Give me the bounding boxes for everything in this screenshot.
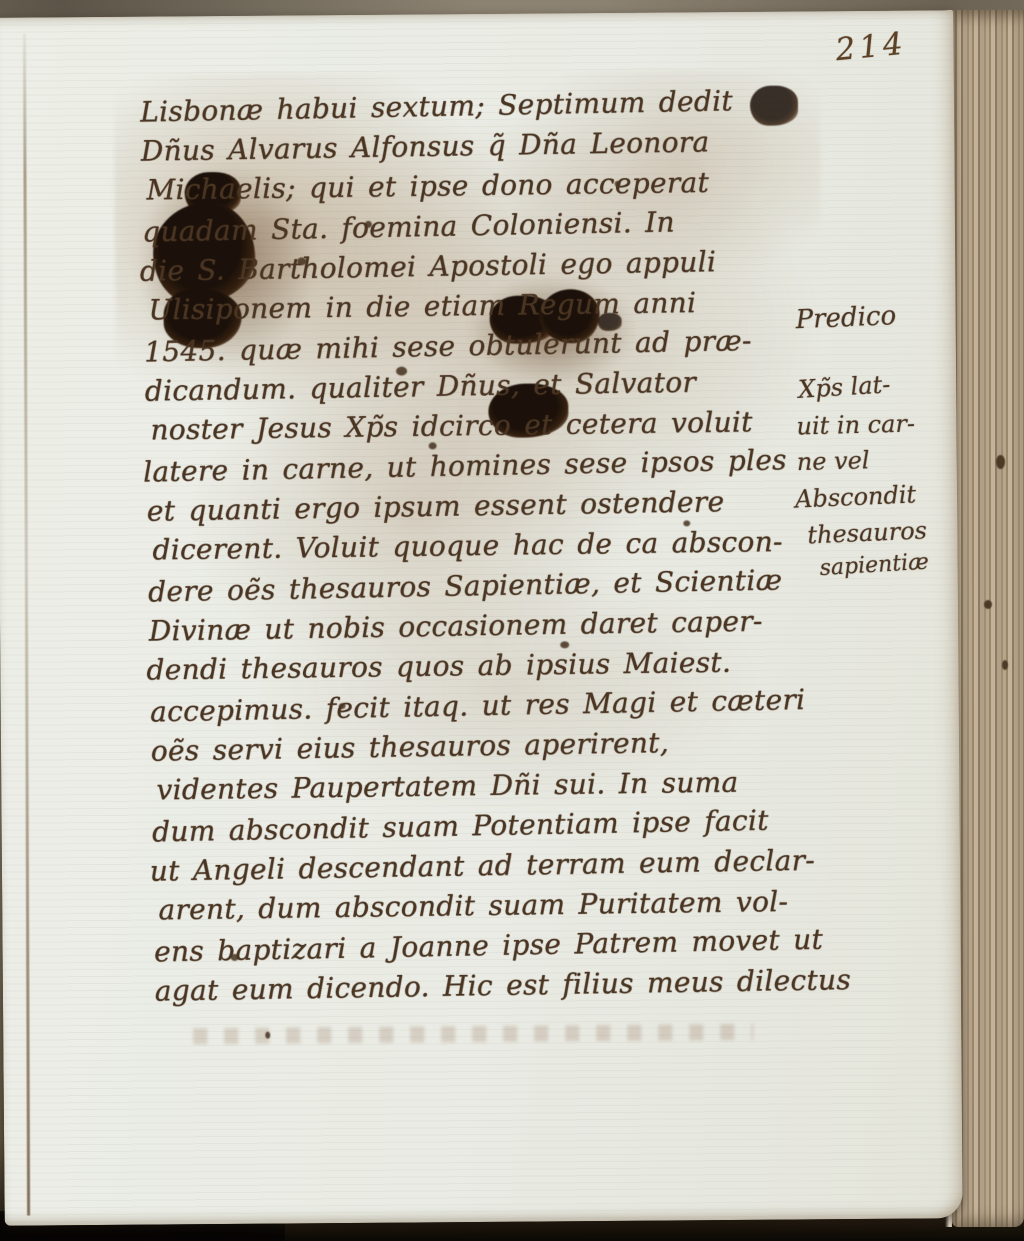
margin-note-abscondit-line2: thesauros: [807, 516, 928, 549]
fore-edge-knot: [996, 455, 1005, 469]
margin-note-xps-line1: Xp̃s lat-: [797, 370, 891, 403]
manuscript-body-text: Lisbonæ habui sextum; Septimum dedit Dñu…: [140, 80, 845, 1011]
page-gutter-crease: [23, 34, 30, 1216]
manuscript-page: 214 Lisbonæ habui sextum; Septimum dedit…: [0, 10, 963, 1225]
fore-edge-knot: [1002, 660, 1008, 670]
margin-note-abscondit-line3: sapientiæ: [819, 550, 930, 582]
margin-note-xps-line2: uit in car-: [796, 410, 915, 441]
margin-note-xps-line3: ne vel: [796, 446, 869, 476]
fore-edge-knot: [984, 600, 992, 609]
ink-show-through: [193, 1024, 753, 1044]
book-fore-edge: [952, 10, 1024, 1227]
margin-note-abscondit-line1: Abscondit: [795, 480, 917, 513]
margin-note-predico: Predico: [795, 301, 897, 335]
manuscript-photo: 214 Lisbonæ habui sextum; Septimum dedit…: [0, 0, 1024, 1241]
page-number: 214: [834, 26, 908, 69]
